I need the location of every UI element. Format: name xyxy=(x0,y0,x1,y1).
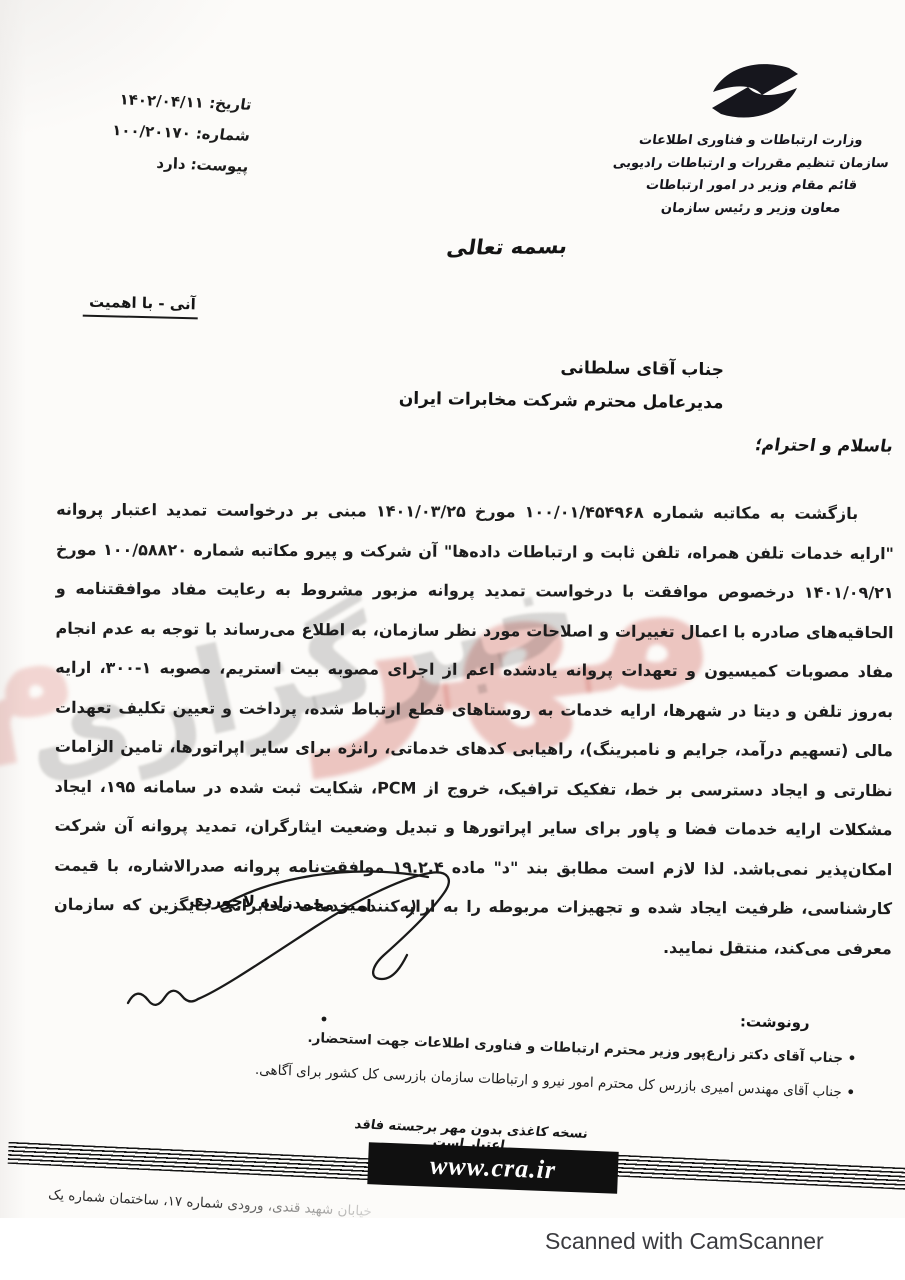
cra-logo xyxy=(704,57,806,127)
bismillah: بسمه تعالی xyxy=(445,234,569,260)
handwritten-signature xyxy=(110,855,470,1030)
website-url: www.cra.ir xyxy=(429,1151,556,1186)
org-line-ministry: وزارت ارتباطات و فناوری اطلاعات xyxy=(638,130,864,153)
priority-tag: آنی - با اهمیت xyxy=(83,293,198,320)
scanned-letter-page: مهر م خبرگزاری تاریخ: ۱۴۰۲/۰۴/۱۱ شماره: … xyxy=(0,0,905,1280)
letterhead-org-lines: وزارت ارتباطات و فناوری اطلاعات سازمان ت… xyxy=(606,130,896,220)
attachment-label: پیوست: xyxy=(189,149,251,182)
date-value: ۱۴۰۲/۰۴/۱۱ xyxy=(119,90,204,112)
recipient-name: جناب آقای سلطانی xyxy=(399,350,724,388)
org-line-authority: سازمان تنظیم مقررات و ارتباطات رادیویی xyxy=(612,153,890,176)
attachment-value: دارد xyxy=(156,154,186,173)
date-label: تاریخ: xyxy=(207,88,254,121)
recipient-title: مدیرعامل محترم شرکت مخابرات ایران xyxy=(399,383,724,421)
camscanner-note: Scanned with CamScanner xyxy=(545,1228,824,1255)
number-value: ۱۰۰/۲۰۱۷۰ xyxy=(112,121,191,142)
number-label: شماره: xyxy=(194,119,252,152)
cc-label: رونوشت: xyxy=(740,1012,810,1031)
cra-logo-icon xyxy=(704,57,806,127)
org-line-deputy-affairs: قائم مقام وزیر در امور ارتباطات xyxy=(644,175,858,198)
letter-meta-block: تاریخ: ۱۴۰۲/۰۴/۱۱ شماره: ۱۰۰/۲۰۱۷۰ پیوست… xyxy=(68,82,252,182)
recipient-block: جناب آقای سلطانی مدیرعامل محترم شرکت مخا… xyxy=(399,350,725,421)
salutation: باسلام و احترام؛ xyxy=(754,435,895,456)
org-line-deputy-president: معاون وزیر و رئیس سازمان xyxy=(660,198,842,221)
